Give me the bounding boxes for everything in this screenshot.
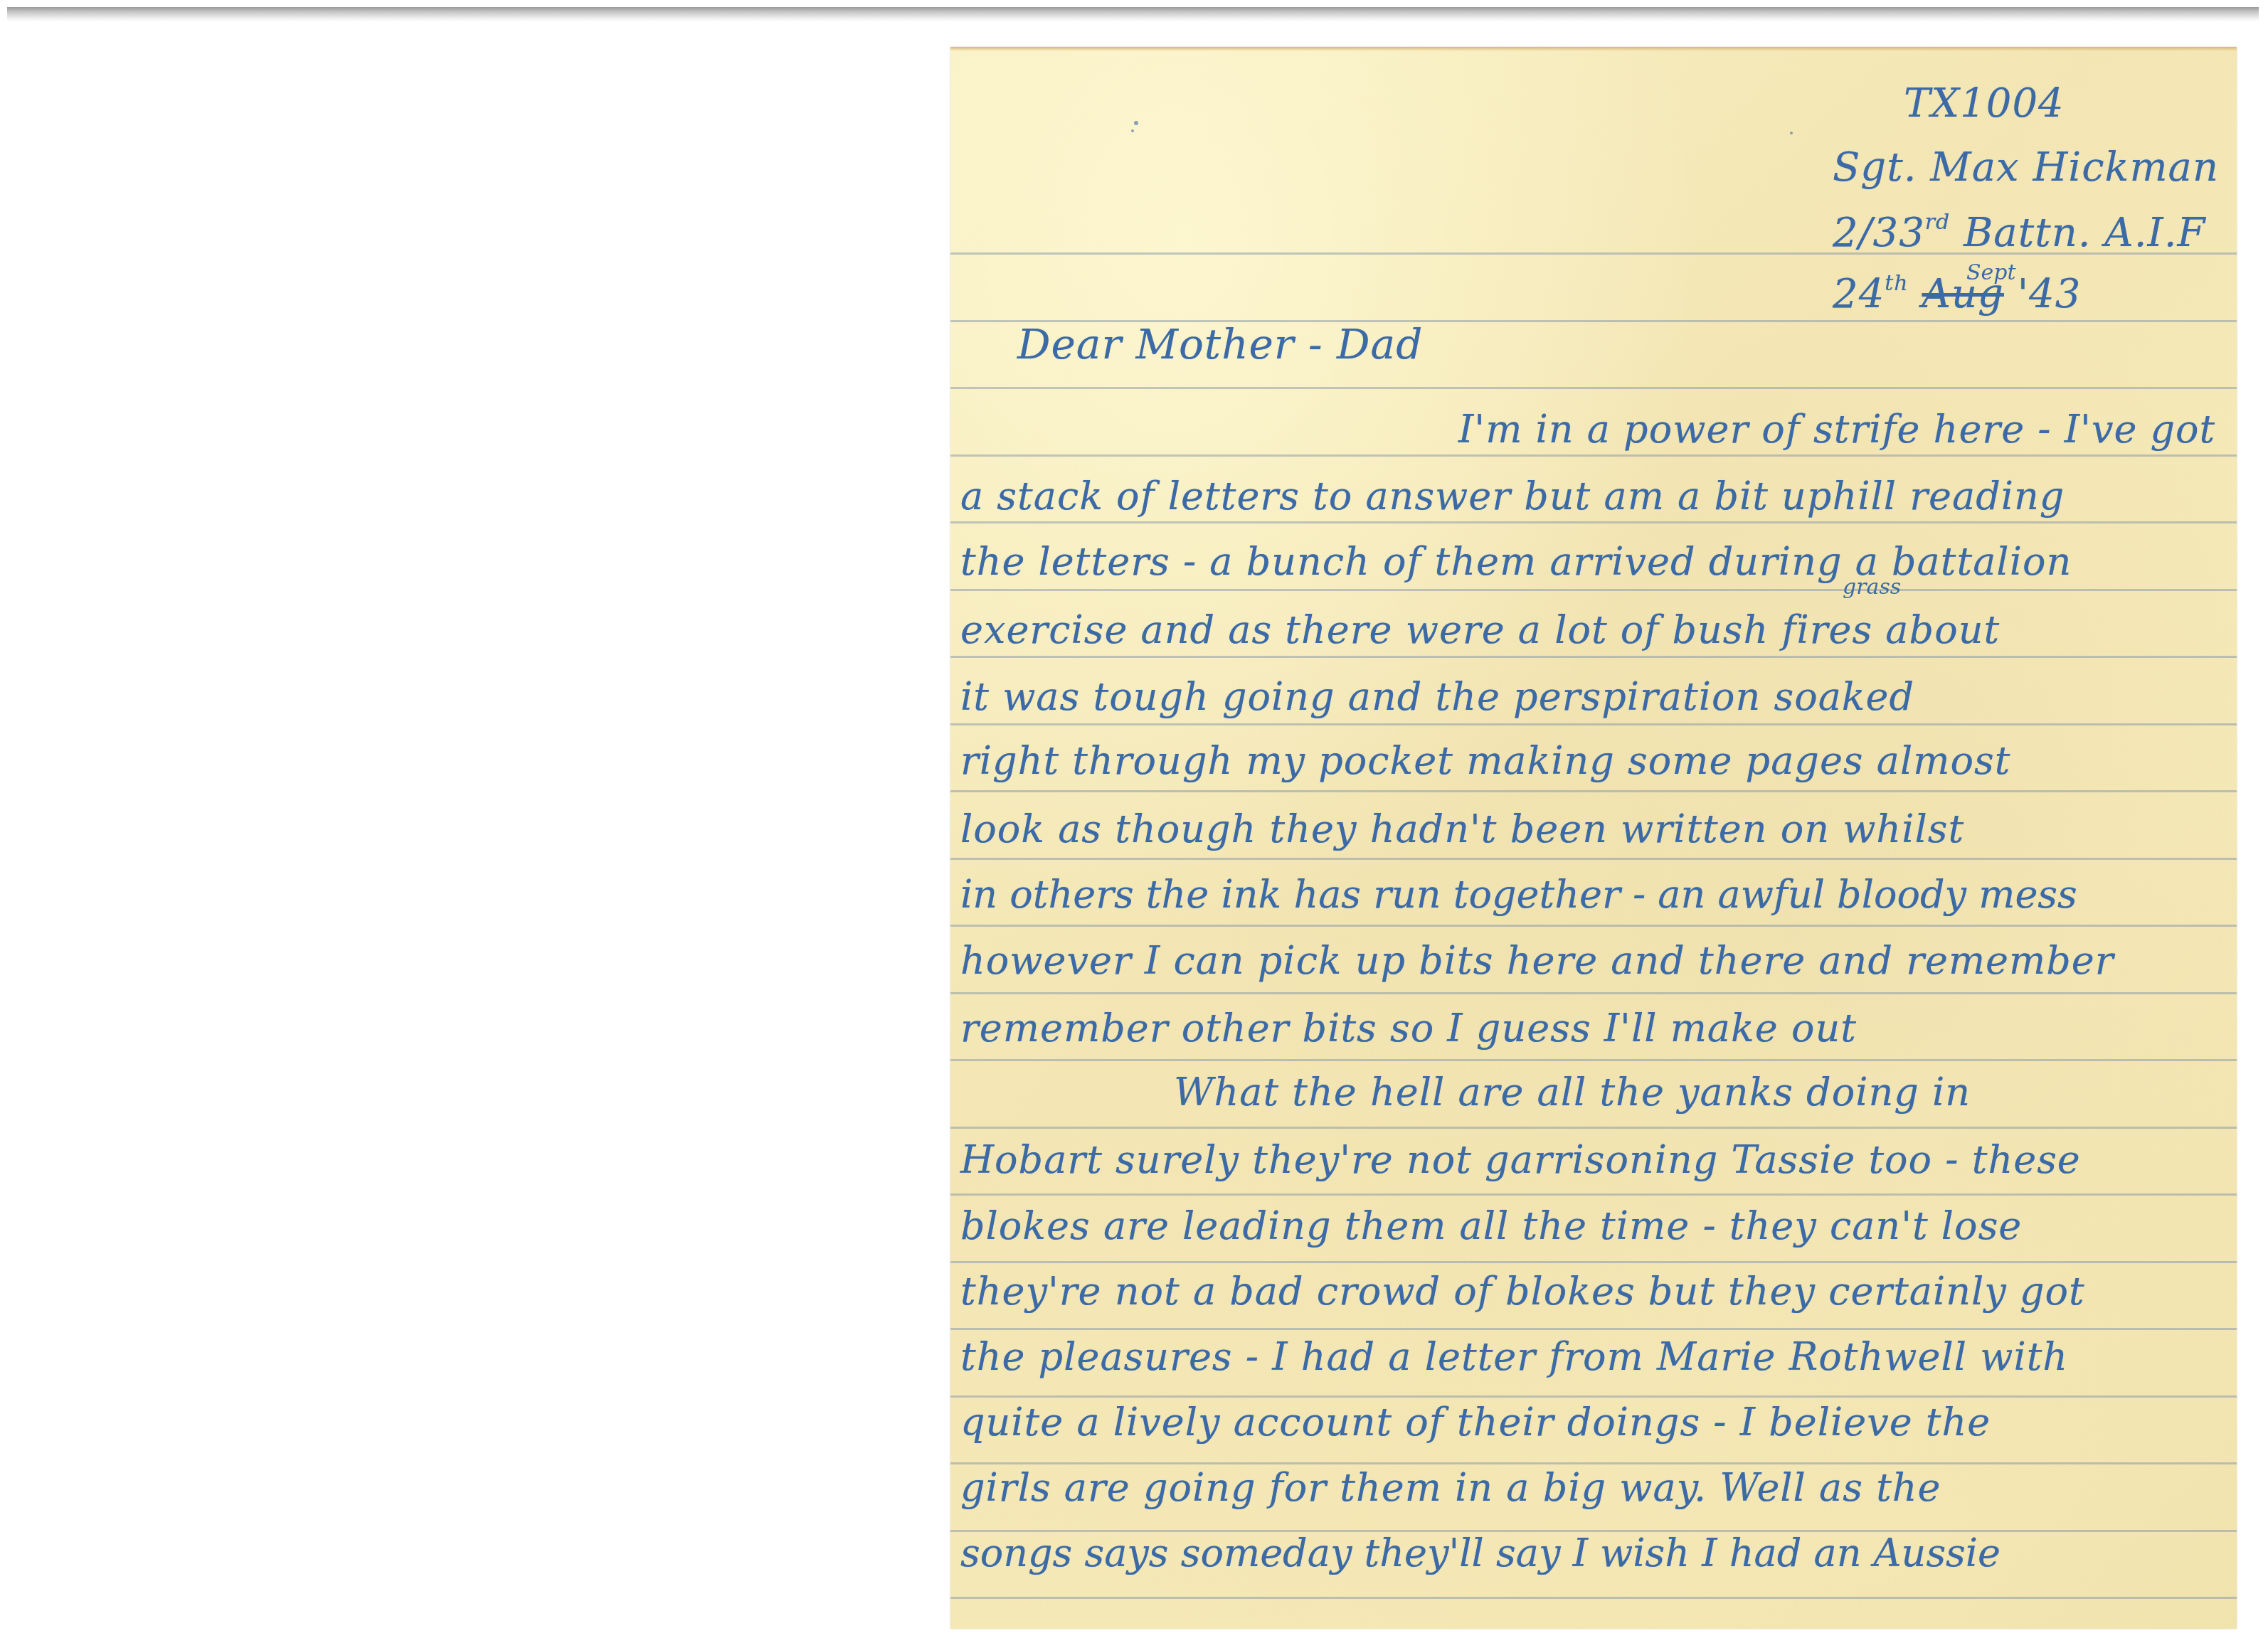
ruled-line (950, 521, 2237, 523)
letter-page: TX1004 Sgt. Max Hickman 2/33rd Battn. A.… (950, 47, 2237, 1629)
letter-line: right through my pocket making some page… (960, 740, 2010, 782)
letter-line: the pleasures - I had a letter from Mari… (960, 1336, 2068, 1378)
ruled-line (950, 589, 2237, 591)
ruled-line (950, 925, 2237, 927)
letter-line: look as though they hadn't been written … (960, 808, 1964, 851)
ruled-line (950, 454, 2237, 457)
ruled-line (950, 1193, 2237, 1196)
letter-line: girls are going for them in a big way. W… (960, 1467, 1941, 1509)
letter-line: they're not a bad crowd of blokes but th… (960, 1270, 2085, 1313)
ruled-line (950, 1597, 2237, 1599)
ruled-line (950, 790, 2237, 792)
salutation: Dear Mother - Dad (1017, 323, 1423, 366)
service-number: TX1004 (1904, 83, 2065, 125)
letter-line: exercise and as there were a lot of bush… (960, 609, 2000, 652)
ruled-line (950, 387, 2237, 389)
ruled-line (950, 1462, 2237, 1464)
ink-blot (1134, 121, 1138, 125)
ruled-line (950, 1059, 2237, 1061)
letter-date: 24th Aug '43 (1833, 273, 2081, 322)
line-insertion: grass (1843, 575, 1901, 600)
ink-blot (1131, 129, 1134, 132)
date-month-correction: Sept (1966, 260, 2016, 285)
ruled-line (950, 1328, 2237, 1330)
paper-torn-top-edge (950, 47, 2237, 51)
ruled-line (950, 1261, 2237, 1263)
date-day: 24 (1833, 271, 1885, 317)
letter-line: I'm in a power of strife here - I've got (1458, 408, 2215, 451)
letter-line: Hobart surely they're not garrisoning Ta… (960, 1139, 2081, 1181)
letter-line: it was tough going and the perspiration … (960, 676, 1914, 718)
ruled-line (950, 992, 2237, 994)
letter-line: in others the ink has run together - an … (960, 873, 2077, 916)
letter-line: What the hell are all the yanks doing in (1174, 1071, 1971, 1114)
letter-line: remember other bits so I guess I'll make… (960, 1007, 1857, 1050)
ruled-line (950, 723, 2237, 725)
scanner-shadow-bar (7, 7, 2259, 21)
unit-suffix: rd (1925, 210, 1951, 235)
sender-unit: 2/33rd Battn. A.I.F (1833, 212, 2205, 261)
ruled-line (950, 1395, 2237, 1398)
unit-rest: Battn. A.I.F (1964, 210, 2205, 256)
ink-blot (1790, 132, 1793, 134)
ruled-line (950, 656, 2237, 658)
letter-line: blokes are leading them all the time - t… (960, 1205, 2022, 1248)
ruled-line (950, 1127, 2237, 1129)
letter-line: however I can pick up bits here and ther… (960, 940, 2114, 982)
date-year: '43 (2018, 271, 2082, 317)
letter-line: a stack of letters to answer but am a bi… (960, 475, 2065, 518)
unit-number: 2/33 (1833, 210, 1925, 256)
ruled-line (950, 858, 2237, 860)
sender-name: Sgt. Max Hickman (1833, 147, 2219, 189)
letter-line: quite a lively account of their doings -… (960, 1401, 1991, 1444)
letter-line: the letters - a bunch of them arrived du… (960, 541, 2072, 583)
letter-line: songs says someday they'll say I wish I … (960, 1532, 2001, 1575)
date-day-suffix: th (1885, 271, 1908, 296)
